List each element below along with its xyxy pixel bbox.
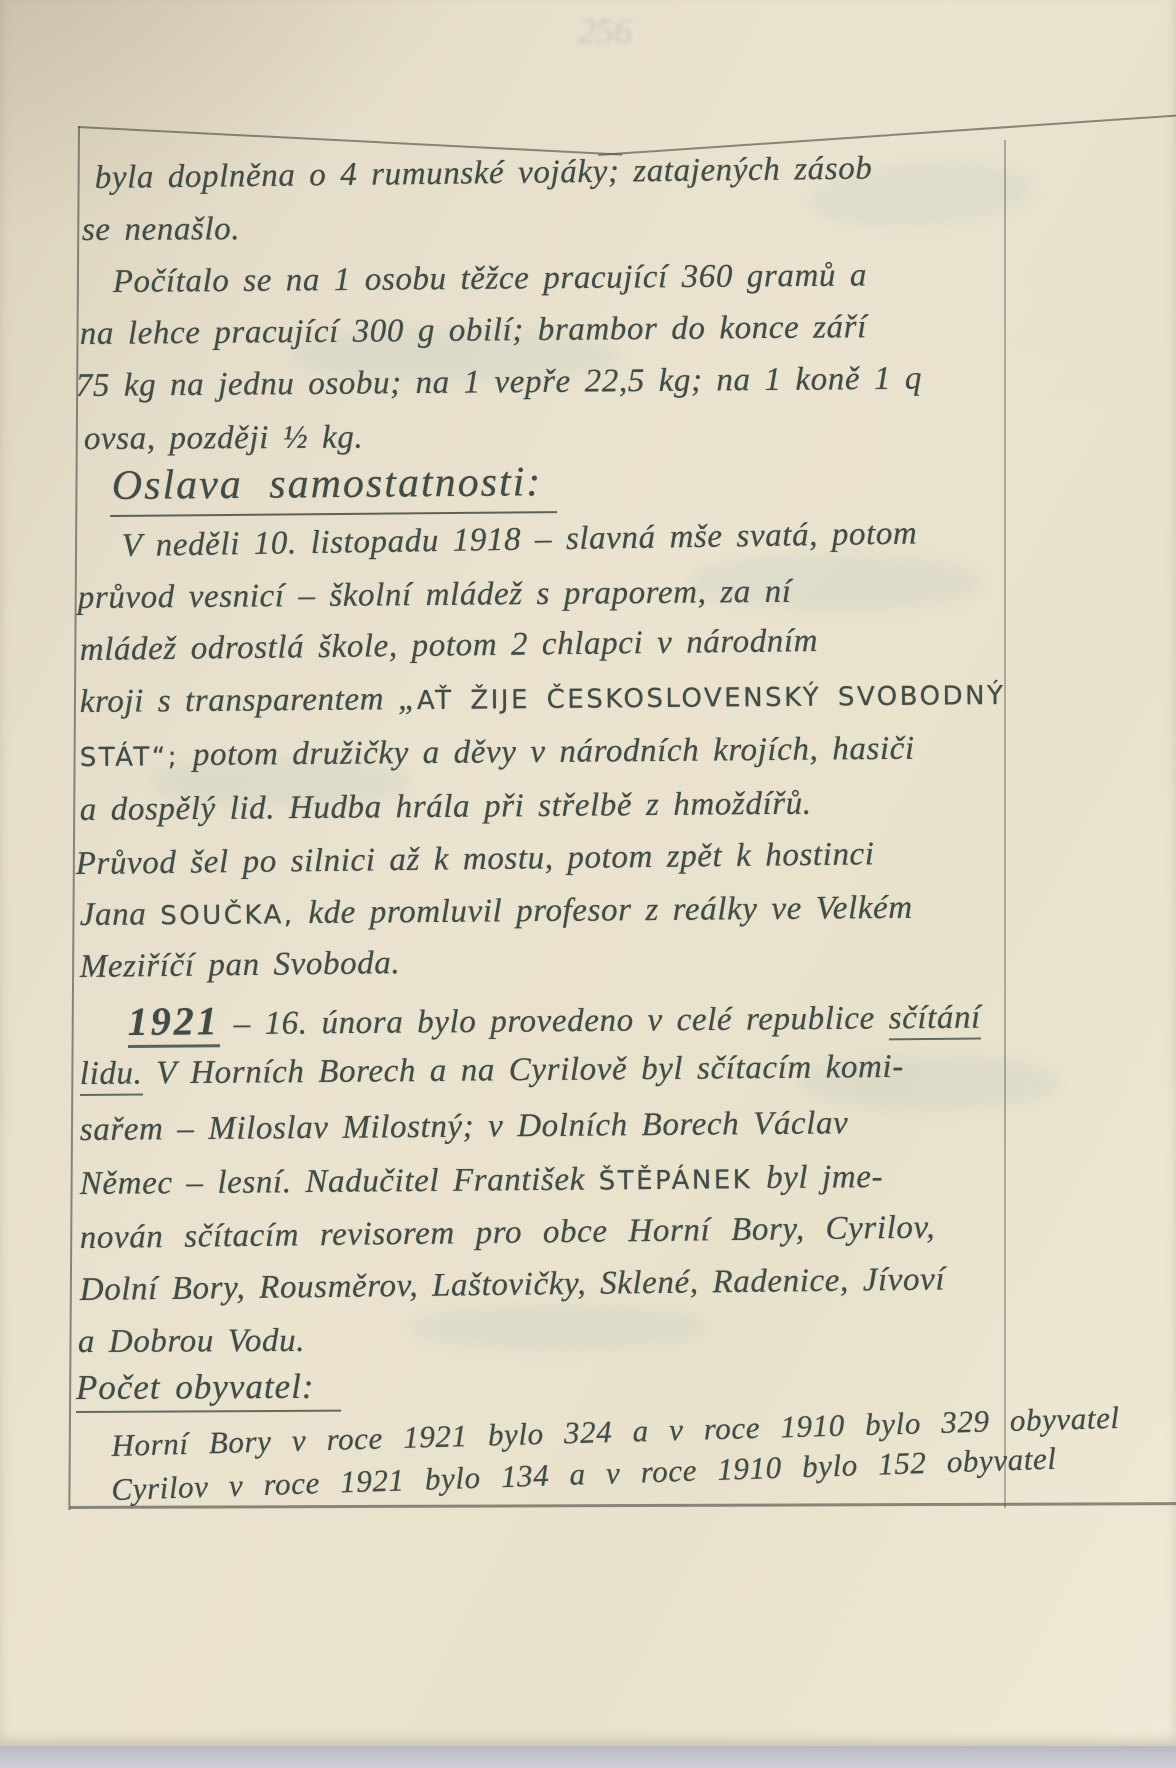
- line-script-part: kroji s transparentem „: [80, 681, 417, 720]
- handwritten-line: Počítalo se na 1 osobu těžce pracující 3…: [113, 257, 867, 301]
- banner-text-block-letters: STÁT“;: [80, 742, 180, 773]
- handwritten-line: se nenašlo.: [82, 211, 240, 249]
- section-heading-independence: Oslava samostatnosti:: [110, 458, 557, 510]
- surname-block-letters: SOUČKA,: [160, 900, 295, 931]
- ink-bleed-smudge: [410, 1305, 710, 1350]
- line-script-part: V Horních Borech a na Cyrilově byl sčíta…: [142, 1049, 904, 1092]
- handwritten-line: kroji s transparentem „AŤ ŽIJE ČESKOSLOV…: [80, 676, 1006, 721]
- surname-block-letters: ŠTĚPÁNEK: [599, 1165, 753, 1196]
- page-frame-top-left-segment: [78, 126, 622, 156]
- handwritten-line: Dolní Bory, Rousměrov, Laštovičky, Sklen…: [80, 1261, 946, 1309]
- handwritten-line: Průvod šel po silnici až k mostu, potom …: [76, 836, 875, 883]
- section-heading-population: Počet obyvatel:: [76, 1367, 341, 1408]
- handwritten-line: STÁT“; potom družičky a děvy v národních…: [80, 731, 915, 775]
- handwritten-line: byla doplněna o 4 rumunské vojáky; zataj…: [95, 151, 873, 197]
- handwritten-line: nován sčítacím revisorem pro obce Horní …: [80, 1210, 936, 1257]
- handwritten-line: 1921 – 16. února bylo provedeno v celé r…: [128, 991, 981, 1045]
- handwritten-line: a dospělý lid. Hudba hrála při střelbě z…: [80, 786, 812, 829]
- handwritten-line: na lehce pracující 300 g obilí; brambor …: [80, 309, 867, 353]
- handwritten-line: Němec – lesní. Nadučitel František ŠTĚPÁ…: [80, 1159, 884, 1203]
- scanner-background: [0, 1746, 1176, 1768]
- underlined-word: sčítání: [889, 1000, 982, 1041]
- handwritten-line: průvod vesnicí – školní mládež s prapore…: [78, 574, 792, 617]
- line-script-part: – 16. února bylo provedeno v celé republ…: [220, 1000, 889, 1042]
- line-script-part: byl jme-: [752, 1159, 883, 1196]
- handwritten-line: ovsa, později ½ kg.: [84, 420, 364, 458]
- section-heading-independence-label: Oslava samostatnosti:: [110, 459, 557, 517]
- section-heading-population-label: Počet obyvatel:: [76, 1367, 341, 1413]
- page-frame-right-border: [1004, 140, 1006, 1508]
- line-script-part: Němec – lesní. Nadučitel František: [80, 1161, 599, 1202]
- underlined-word: lidu.: [80, 1055, 143, 1096]
- handwritten-line: lidu. V Horních Borech a na Cyrilově byl…: [80, 1049, 904, 1093]
- handwritten-line: a Dobrou Vodu.: [78, 1323, 305, 1361]
- page-frame-top-right-segment: [598, 115, 1176, 156]
- handwritten-line: sařem – Miloslav Milostný; v Dolních Bor…: [80, 1105, 849, 1149]
- handwritten-line: Jana SOUČKA, kde promluvil profesor z re…: [80, 890, 913, 934]
- page-number-bleedthrough: 256: [578, 10, 632, 52]
- handwritten-line: mládež odrostlá škole, potom 2 chlapci v…: [80, 623, 819, 669]
- handwritten-line: 75 kg na jednu osobu; na 1 vepře 22,5 kg…: [76, 361, 923, 405]
- line-script-part: potom družičky a děvy v národních krojíc…: [179, 731, 915, 773]
- line-script-part: Jana: [80, 896, 161, 933]
- line-script-part: kde promluvil profesor z reálky ve Velké…: [294, 890, 913, 931]
- year-1921-underlined: 1921: [128, 998, 220, 1048]
- manuscript-page: 256 byla doplněna o 4 rumunské vojáky; z…: [0, 0, 1176, 1746]
- banner-text-block-letters: AŤ ŽIJE ČESKOSLOVENSKÝ SVOBODNÝ: [417, 681, 1006, 716]
- page-frame-left-border: [68, 126, 80, 1510]
- handwritten-line: Meziříčí pan Svoboda.: [80, 945, 401, 986]
